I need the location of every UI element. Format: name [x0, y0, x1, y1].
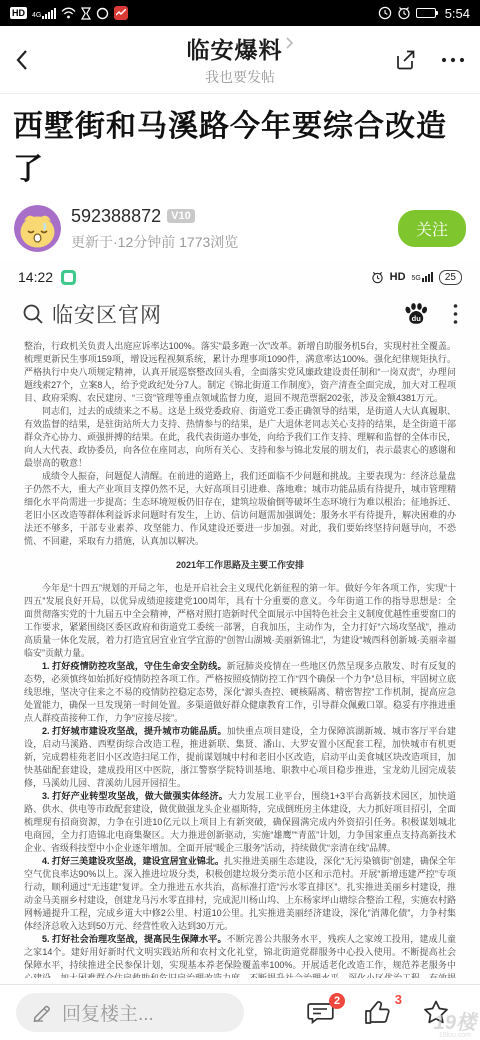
kebab-menu-icon [453, 303, 458, 325]
document-paragraph: 整治，行政机关负责人出庭应诉率达100%。落实“最多跑一次”改革。新增自助服务机… [24, 340, 456, 405]
inner-search-bar: 临安区官网 du [0, 292, 480, 336]
hd-badge: HD [10, 7, 27, 19]
status-right-icons: 5:54 [378, 6, 470, 21]
document-paragraph: 成绩令人振奋，问题促人清醒。在前进的道路上，我们还面临不少问题和挑战。主要表现为… [24, 470, 456, 548]
like-button[interactable]: 3 [364, 1000, 392, 1026]
document-paragraph: 2021年工作思路及主要工作安排 [24, 559, 456, 572]
battery-icon [416, 8, 438, 18]
network-label: 4G [32, 12, 41, 19]
favorite-button[interactable] [422, 999, 450, 1026]
like-count: 3 [395, 992, 402, 1007]
follow-button[interactable]: 关注 [398, 210, 466, 247]
document-paragraph: 5. 打好社会治理攻坚战，提高民生保障水平。不断完善公共服务水平，残疾人之家竣工… [24, 933, 456, 978]
avatar[interactable] [14, 205, 61, 252]
alarm-icon [397, 6, 411, 20]
status-bar: HD 4G [0, 0, 480, 26]
channel-title[interactable]: 临安爆料 [187, 32, 283, 65]
document-paragraph: 今年是“十四五”规划的开局之年，也是开启社会主义现代化新征程的第一年。做好今年各… [24, 582, 456, 660]
comment-count-badge: 2 [329, 993, 345, 1009]
5g-signal-icon: 5G [412, 272, 433, 282]
status-time: 5:54 [445, 6, 470, 21]
document-body: 整治，行政机关负责人出庭应诉率达100%。落实“最多跑一次”改革。新增自助服务机… [0, 336, 480, 978]
app-root: HD 4G [0, 0, 480, 1040]
level-badge: V10 [167, 209, 195, 223]
document-paragraph: 1. 打好疫情防控攻坚战，守住生命安全防线。新冠肺炎疫情在一些地区仍然呈现多点散… [24, 660, 456, 725]
inner-network-label: 5G [412, 275, 421, 282]
pencil-icon [32, 1003, 52, 1023]
author-name[interactable]: 592388872 [71, 206, 161, 227]
data-usage-icon [378, 6, 392, 20]
back-icon[interactable] [14, 47, 30, 73]
document-paragraph: 4. 打好三美建设攻坚战，建设宜居宜业锦北。扎实推进美丽生态建设，深化“无污染镇… [24, 855, 456, 933]
hourglass-icon [81, 7, 91, 20]
title-chevron-icon [285, 36, 294, 50]
more-icon[interactable] [440, 56, 466, 64]
author-row: 592388872 V10 更新于·12分钟前 1773浏览 关注 [0, 197, 480, 262]
document-paragraph: 同志们，过去的成绩来之不易。这是上级党委政府、街道党工委正确领导的结果，是街道人… [24, 405, 456, 470]
reply-input[interactable]: 回复楼主... [16, 993, 244, 1032]
baidu-paw-icon: du [403, 302, 429, 326]
svg-text:du: du [412, 314, 422, 323]
search-icon [22, 303, 44, 325]
document-paragraph: 3. 打好产业转型攻坚战，做大做强实体经济。大力发展工业平台，围绕1+3平台高新… [24, 790, 456, 855]
comments-button[interactable]: 2 [307, 1000, 334, 1026]
nav-bar: 临安爆料 我也要发帖 [0, 26, 480, 94]
stocks-app-icon [114, 6, 128, 20]
inner-hd-badge: HD [390, 271, 406, 283]
share-icon[interactable] [394, 48, 418, 72]
search-query: 临安区官网 [52, 299, 162, 329]
bottom-bar: 回复楼主... 2 3 19楼 19lou.com [0, 984, 480, 1040]
wifi-icon [61, 7, 76, 19]
status-left-icons: HD 4G [10, 6, 128, 20]
battery-pill-icon: 25 [439, 270, 462, 285]
reply-placeholder: 回复楼主... [62, 999, 154, 1026]
post-meta: 更新于·12分钟前 1773浏览 [71, 232, 238, 252]
4g-signal-icon: 4G [32, 8, 56, 19]
inner-status-bar: 14:22 HD 5G 25 [0, 262, 480, 292]
document-paragraph: 2. 打好城市建设攻坚战，提升城市功能品质。加快重点项目建设，全力保障滨湖新城、… [24, 725, 456, 790]
post-image-screenshot[interactable]: 14:22 HD 5G 25 临安区官网 [0, 262, 480, 1040]
sync-circle-icon [96, 7, 109, 20]
inner-time: 14:22 [18, 269, 53, 285]
screen-record-icon [61, 270, 76, 285]
post-title: 西墅街和马溪路今年要综合改造了 [0, 94, 480, 197]
inner-alarm-icon [371, 271, 384, 284]
